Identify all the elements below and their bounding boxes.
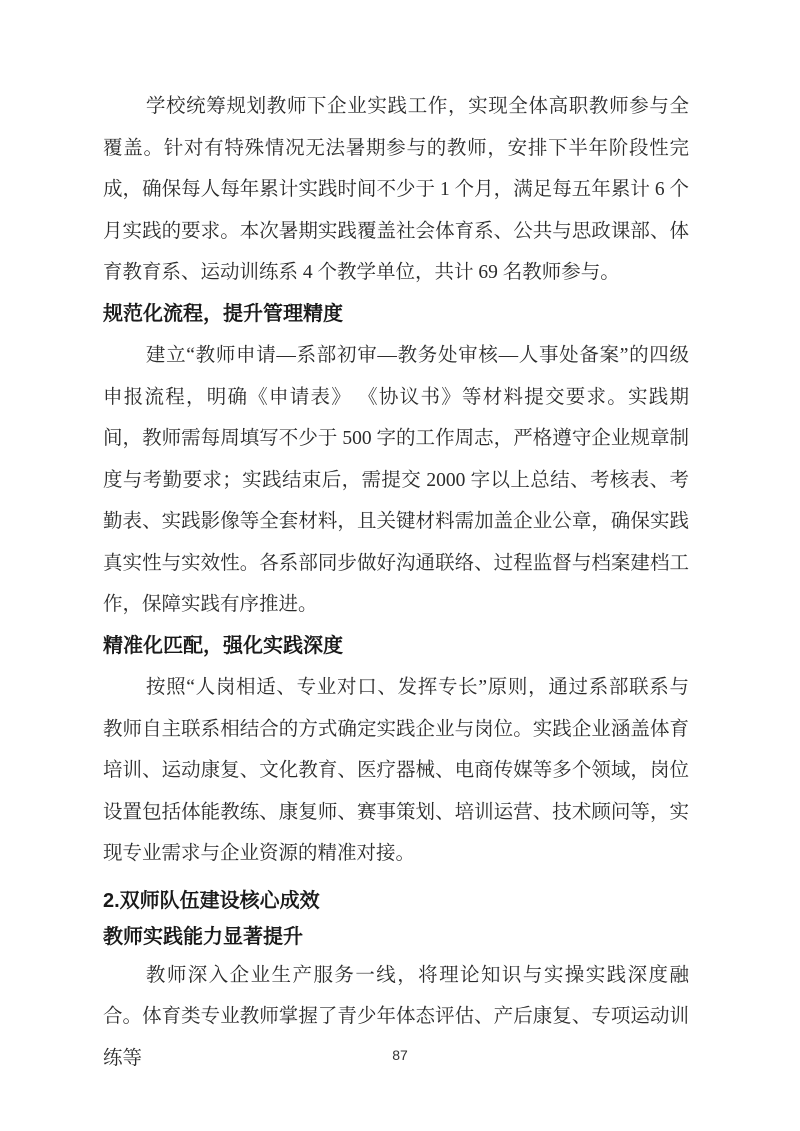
page-content: 学校统筹规划教师下企业实践工作，实现全体高职教师参与全覆盖。针对有特殊情况无法暑… <box>103 86 689 1079</box>
page-footer: 87 <box>0 1046 800 1065</box>
section-heading-precise-matching: 精准化匹配，强化实践深度 <box>103 626 689 668</box>
paragraph-enterprise-matching: 按照“人岗相适、专业对口、发挥专长”原则，通过系部联系与教师自主联系相结合的方式… <box>103 667 689 875</box>
section-heading-standardized-process: 规范化流程，提升管理精度 <box>103 294 689 336</box>
paragraph-overall-planning: 学校统筹规划教师下企业实践工作，实现全体高职教师参与全覆盖。针对有特殊情况无法暑… <box>103 86 689 294</box>
section-heading-practice-ability: 教师实践能力显著提升 <box>103 919 689 955</box>
document-page: 学校统筹规划教师下企业实践工作，实现全体高职教师参与全覆盖。针对有特殊情况无法暑… <box>0 0 800 1131</box>
paragraph-application-process: 建立“教师申请—系部初审—教务处审核—人事处备案”的四级申报流程，明确《申请表》… <box>103 335 689 626</box>
section-heading-dual-teacher-results: 2.双师队伍建设核心成效 <box>103 883 689 919</box>
page-number: 87 <box>392 1047 408 1063</box>
